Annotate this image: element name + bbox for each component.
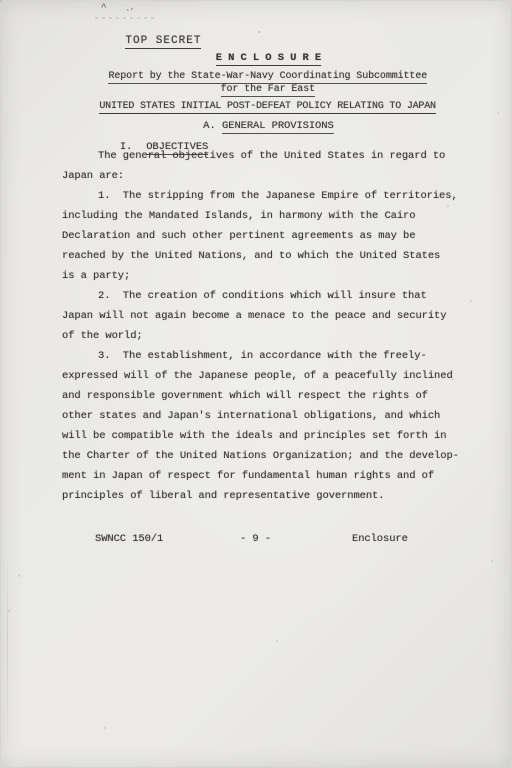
body-line: reached by the United Nations, and to wh… <box>62 246 464 266</box>
body-line: other states and Japan's international o… <box>62 406 464 426</box>
body-line: 2. The creation of conditions which will… <box>62 286 464 306</box>
body-line: of the world; <box>62 326 464 346</box>
footer-enclosure-label: Enclosure <box>352 533 408 545</box>
body-line: 3. The establishment, in accordance with… <box>62 346 464 366</box>
body-line: expressed will of the Japanese people, o… <box>62 366 464 386</box>
scan-noise-speckles <box>0 0 2 2</box>
scanned-document-page: ʌ ˎ, ʻ TOP SECRET E N C L O S U R E Repo… <box>0 0 512 768</box>
body-line: including the Mandated Islands, in harmo… <box>62 206 464 226</box>
section-title: GENERAL PROVISIONS <box>222 120 334 134</box>
section-heading: A. GENERAL PROVISIONS <box>0 108 512 144</box>
pencil-mark-caret: ʌ <box>101 2 106 10</box>
body-line: Declaration and such other pertinent agr… <box>62 226 464 246</box>
body-line: The general objectives of the United Sta… <box>62 146 464 166</box>
pencil-mark-stray: ʻ <box>18 574 20 582</box>
footer-document-number: SWNCC 150/1 <box>95 533 163 545</box>
body-line: and responsible government which will re… <box>62 386 464 406</box>
body-line: is a party; <box>62 266 464 286</box>
body-line: Japan are: <box>62 166 464 186</box>
scan-crease <box>7 555 8 755</box>
body-line: the Charter of the United Nations Organi… <box>62 446 464 466</box>
body-line: will be compatible with the ideals and p… <box>62 426 464 446</box>
document-body: The general objectives of the United Sta… <box>62 146 464 506</box>
body-line: Japan will not again become a menace to … <box>62 306 464 326</box>
body-line: 1. The stripping from the Japanese Empir… <box>62 186 464 206</box>
footer-page-number: - 9 - <box>240 533 271 545</box>
erased-stamp-ghost <box>95 17 157 19</box>
body-line: principles of liberal and representative… <box>62 486 464 506</box>
body-line: ment in Japan of respect for fundamental… <box>62 466 464 486</box>
pencil-mark-tick: ˎ, <box>126 2 133 12</box>
